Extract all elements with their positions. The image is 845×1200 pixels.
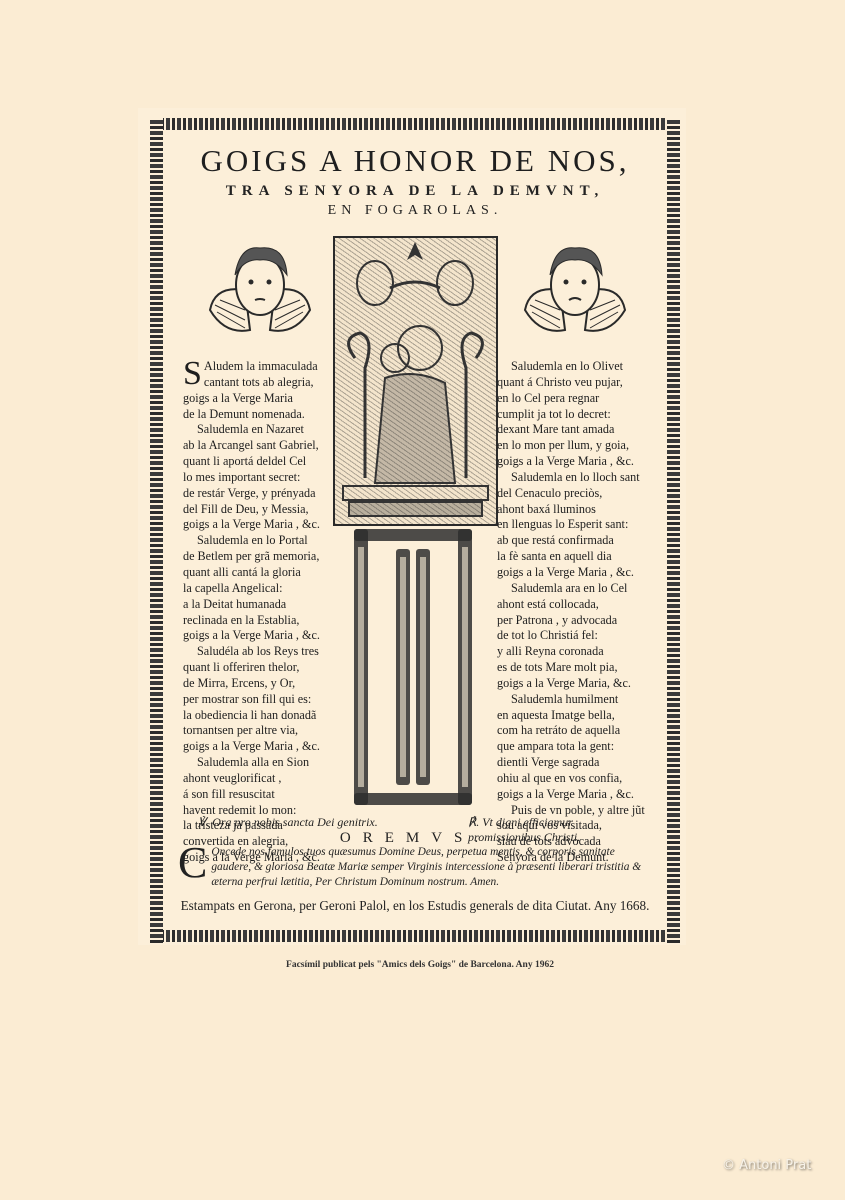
verse-line: á son fill resuscitat (183, 787, 320, 803)
verses-left-column: SAludem la immaculadacantant tots ab ale… (183, 359, 320, 866)
decorative-ornament-frame (352, 527, 474, 807)
verse-line: Saludemla en lo Portal (183, 533, 320, 549)
verse-line: en llenguas lo Esperit sant: (497, 517, 645, 533)
verse-line: del Fill de Deu, y Messia, (183, 502, 320, 518)
verse-line: goigs a la Verge Maria , &c. (183, 739, 320, 755)
printer-imprint: Estampats en Gerona, per Geroni Palol, e… (180, 898, 650, 914)
verse-line: de la Demunt nomenada. (183, 407, 320, 423)
verse-line: com ha retráto de aquella (497, 723, 645, 739)
prayer-text: Oncede nos famulos tuos quæsumus Domine … (211, 846, 641, 888)
verse-line: goigs a la Verge Maria (183, 391, 320, 407)
virgin-and-child-woodcut (333, 236, 498, 526)
verse-line: goigs a la Verge Maria , &c. (497, 787, 645, 803)
border-right (667, 118, 680, 943)
verse-line: per mostrar son fill qui es: (183, 692, 320, 708)
verse-dropcap: S (183, 360, 202, 388)
verse-line: quant li aportá deldel Cel (183, 454, 320, 470)
verse-line: la fè santa en aquell dia (497, 549, 645, 565)
verse-line: la obediencia li han donadã (183, 708, 320, 724)
verse-line: quant alli cantá la gloria (183, 565, 320, 581)
verse-line: dientli Verge sagrada (497, 755, 645, 771)
border-bottom (150, 930, 680, 942)
verse-line: ohiu al que en vos confia, (497, 771, 645, 787)
verse-line: reclinada en la Establia, (183, 613, 320, 629)
verse-line: en aquesta Imatge bella, (497, 708, 645, 724)
border-top (150, 118, 680, 130)
verse-line: del Cenaculo preciòs, (497, 486, 645, 502)
verse-line: goigs a la Verge Maria , &c. (183, 628, 320, 644)
verse-line: Saludemla en Nazaret (183, 422, 320, 438)
verses-right-column: Saludemla en lo Olivetquant á Christo ve… (497, 359, 645, 866)
versicle-line: ℣. Ora pro nobis sancta Dei genitrix. ℟.… (198, 815, 648, 830)
verse-line: tornantsen per altre via, (183, 723, 320, 739)
cherub-right-icon (520, 240, 630, 345)
verse-line: dexant Mare tant amada (497, 422, 645, 438)
verse-line: en lo mon per llum, y goia, (497, 438, 645, 454)
title-line-1: GOIGS A HONOR DE NOS, (180, 143, 650, 179)
verse-line: quant li offeriren thelor, (183, 660, 320, 676)
title-line-3: EN FOGAROLAS. (180, 203, 650, 219)
verse-line: a la Deitat humanada (183, 597, 320, 613)
verse-line: lo mes important secret: (183, 470, 320, 486)
verse-line: Saludemla en lo lloch sant (497, 470, 645, 486)
title-line-2: TRA SENYORA DE LA DEMVNT, (180, 183, 650, 200)
verse-line: de Mirra, Ercens, y Or, (183, 676, 320, 692)
verse-line: de tot lo Christiá fel: (497, 628, 645, 644)
verse-line: goigs a la Verge Maria , &c. (497, 565, 645, 581)
verse-line: cantant tots ab alegria, (183, 375, 320, 391)
verse-line: en lo Cel pera regnar (497, 391, 645, 407)
verse-line: goigs a la Verge Maria , &c. (183, 517, 320, 533)
versicle-text: ℣. Ora pro nobis sancta Dei genitrix. (198, 815, 378, 829)
verse-line: de restár Verge, y prényada (183, 486, 320, 502)
verse-line: ahont baxá lluminos (497, 502, 645, 518)
verse-line: ahont está collocada, (497, 597, 645, 613)
verse-line: Saludemla humilment (497, 692, 645, 708)
verse-line: la capella Angelical: (183, 581, 320, 597)
verse-line: goigs a la Verge Maria , &c. (497, 454, 645, 470)
verse-line: Aludem la immaculada (183, 359, 320, 375)
verse-line: ab que restá confirmada (497, 533, 645, 549)
facsimile-caption: Facsímil publicat pels "Amics dels Goigs… (180, 960, 660, 970)
verse-line: es de tots Mare molt pia, (497, 660, 645, 676)
verse-line: quant á Christo veu pujar, (497, 375, 645, 391)
verse-line: que ampara tota la gent: (497, 739, 645, 755)
verse-line: Saludemla alla en Sion (183, 755, 320, 771)
verse-line: ab la Arcangel sant Gabriel, (183, 438, 320, 454)
verse-line: per Patrona , y advocada (497, 613, 645, 629)
verse-line: Saludéla ab los Reys tres (183, 644, 320, 660)
prayer-dropcap: C (178, 845, 207, 881)
prayer-paragraph: C Oncede nos famulos tuos quæsumus Domin… (178, 845, 653, 890)
verse-line: Saludemla ara en lo Cel (497, 581, 645, 597)
verse-line: de Betlem per grã memoria, (183, 549, 320, 565)
cherub-left-icon (205, 240, 315, 345)
verse-line: cumplit ja tot lo decret: (497, 407, 645, 423)
copyright-watermark: © Antoni Prat (722, 1158, 811, 1173)
border-left (150, 118, 163, 943)
verse-line: ahont veuglorificat , (183, 771, 320, 787)
verse-line: y alli Reyna coronada (497, 644, 645, 660)
verse-line: goigs a la Verge Maria, &c. (497, 676, 645, 692)
verse-line: Saludemla en lo Olivet (497, 359, 645, 375)
